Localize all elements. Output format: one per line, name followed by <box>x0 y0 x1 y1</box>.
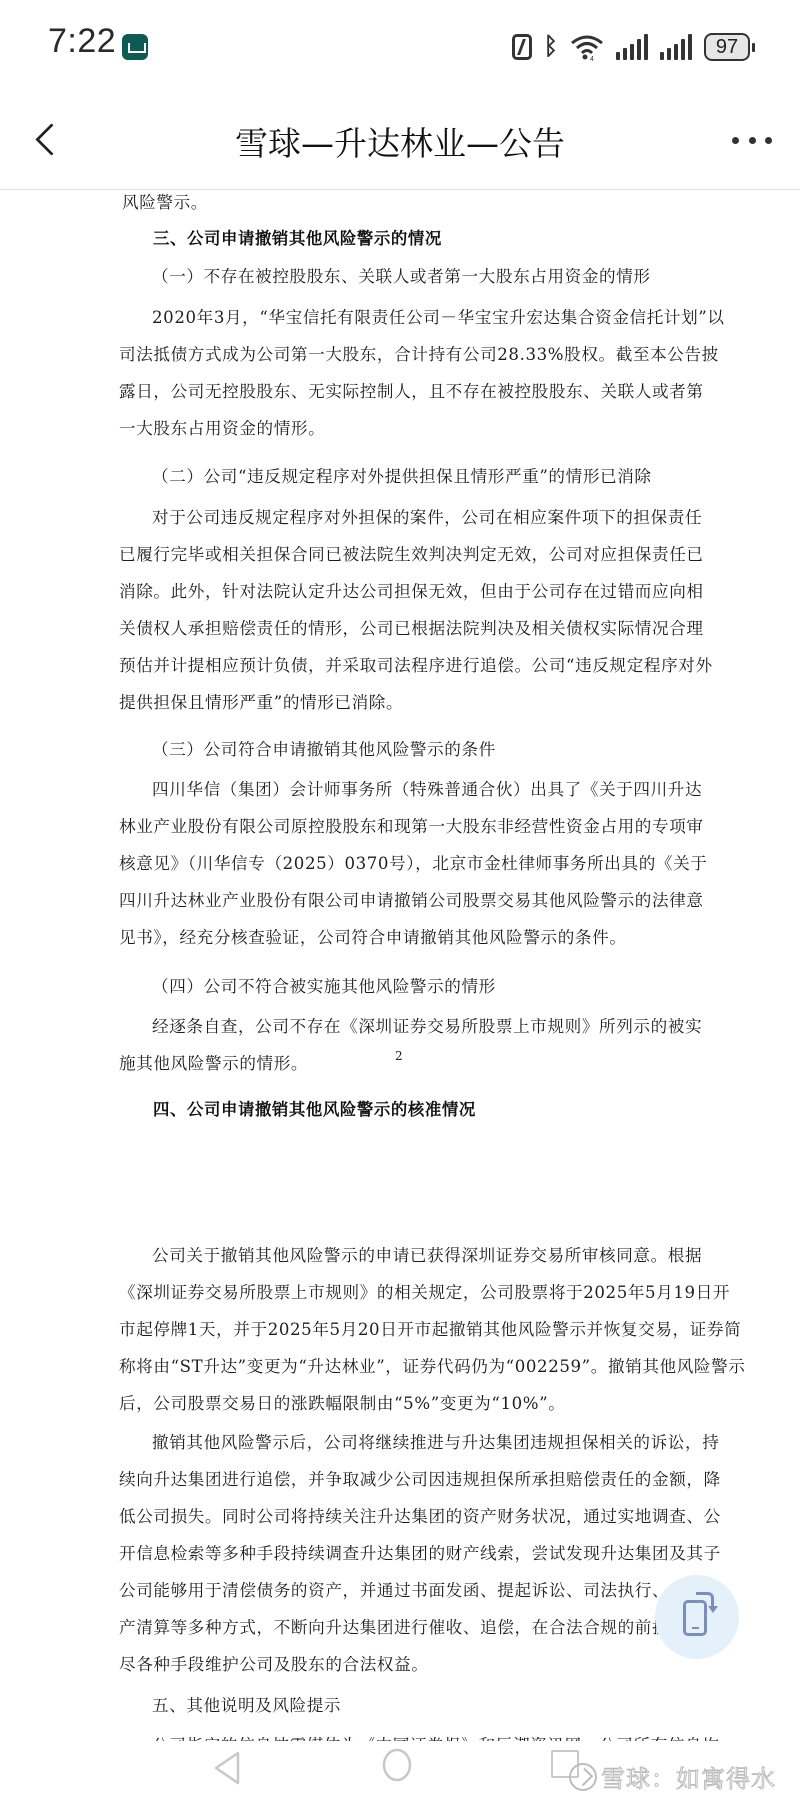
document-line: 预估并计提相应预计负债，并采取司法程序进行追偿。公司“违反规定程序对外 <box>119 652 713 676</box>
signal-icon <box>660 34 692 60</box>
app-notification-icon <box>122 34 148 60</box>
status-bar: 7:22 ᛒ 4 97 <box>0 0 800 90</box>
document-line: 风险警示。 <box>122 191 208 213</box>
document-line: 消除。此外，针对法院认定升达公司担保无效，但由于公司存在过错而应向相 <box>119 578 704 602</box>
status-time: 7:22 <box>48 22 116 61</box>
app-header: 雪球—升达林业—公告 <box>0 90 800 190</box>
document-line: 低公司损失。同时公司将持续关注升达集团的资产财务状况，通过实地调查、公 <box>119 1503 721 1527</box>
document-line: 公司关于撤销其他风险警示的申请已获得深圳证券交易所审核同意。根据 <box>152 1242 702 1266</box>
page-number: 2 <box>395 1049 403 1063</box>
document-line: 市起停牌1天，并于2025年5月20日开市起撤销其他风险警示并恢复交易，证券简 <box>119 1316 741 1340</box>
document-line: 林业产业股份有限公司原控股股东和现第一大股东非经营性资金占用的专项审 <box>119 813 704 837</box>
document-line: 已履行完毕或相关担保合同已被法院生效判决判定无效，公司对应担保责任已 <box>119 541 704 565</box>
battery-icon: 97 <box>704 33 750 61</box>
document-line: 尽各种手段维护公司及股东的合法权益。 <box>119 1651 429 1675</box>
watermark-text: 雪球：如寓得水 <box>601 1759 776 1794</box>
document-line: 四川升达林业产业股份有限公司申请撤销公司股票交易其他风险警示的法律意 <box>119 887 704 911</box>
announcement-document[interactable]: 2 风险警示。三、公司申请撤销其他风险警示的情况（一）不存在被控股股东、关联人或… <box>0 191 800 1741</box>
document-line: （二）公司“违反规定程序对外提供担保且情形严重”的情形已消除 <box>152 463 652 487</box>
document-line: 露日，公司无控股股东、无实际控制人，且不存在被控股股东、关联人或者第 <box>119 378 704 402</box>
document-line: 后，公司股票交易日的涨跌幅限制由“5%”变更为“10%”。 <box>119 1390 565 1414</box>
document-line: （四）公司不符合被实施其他风险警示的情形 <box>152 973 496 997</box>
document-line: 2020年3月，“华宝信托有限责任公司－华宝宝升宏达集合资金信托计划”以 <box>152 304 725 328</box>
document-line: （三）公司符合申请撤销其他风险警示的条件 <box>152 736 496 760</box>
document-line: 产清算等多种方式，不断向升达集团进行催收、追偿，在合法合规的前提下，穷 <box>119 1614 721 1638</box>
document-line: 公司能够用于清偿债务的资产，并通过书面发函、提起诉讼、司法执行、申请破 <box>119 1577 721 1601</box>
system-nav-bar: 雪球：如寓得水 <box>0 1741 800 1806</box>
xueqiu-logo-icon <box>569 1763 597 1791</box>
rotate-arrow-icon <box>696 1592 714 1606</box>
nfc-icon <box>512 34 532 60</box>
document-line: 关债权人承担赔偿责任的情形，公司已根据法院判决及相关债权实际情况合理 <box>119 615 704 639</box>
document-line: 核意见》（川华信专（2025）0370号），北京市金杜律师事务所出具的《关于 <box>119 850 707 874</box>
document-line: 施其他风险警示的情形。 <box>119 1050 308 1074</box>
document-line: 见书》，经充分核查验证，公司符合申请撤销其他风险警示的条件。 <box>119 924 627 948</box>
rotate-screen-button[interactable] <box>655 1575 739 1659</box>
page-title: 雪球—升达林业—公告 <box>0 118 800 165</box>
svg-text:4: 4 <box>590 56 594 61</box>
document-line: 一大股东占用资金的情形。 <box>119 415 325 439</box>
signal-icon <box>616 34 648 60</box>
document-line: 公司指定的信息披露媒体为《中国证券报》和巨潮资讯网，公司所有信息均 <box>152 1732 719 1741</box>
document-line: 撤销其他风险警示后，公司将继续推进与升达集团违规担保相关的诉讼，持 <box>152 1429 719 1453</box>
wifi-icon: 4 <box>570 33 604 61</box>
document-line: （一）不存在被控股股东、关联人或者第一大股东占用资金的情形 <box>152 263 651 287</box>
document-line: 提供担保且情形严重”的情形已消除。 <box>119 689 403 713</box>
document-line: 《深圳证券交易所股票上市规则》的相关规定，公司股票将于2025年5月19日开 <box>119 1279 730 1303</box>
nav-back-icon[interactable] <box>212 1751 242 1785</box>
document-line: 四川华信（集团）会计师事务所（特殊普通合伙）出具了《关于四川升达 <box>152 776 702 800</box>
section-heading: 四、公司申请撤销其他风险警示的核准情况 <box>153 1096 476 1120</box>
status-icons: ᛒ 4 97 <box>512 30 750 64</box>
document-line: 开信息检索等多种手段持续调查升达集团的财产线索，尝试发现升达集团及其子 <box>119 1540 721 1564</box>
more-horizontal-icon[interactable] <box>732 130 772 150</box>
document-line: 经逐条自查，公司不存在《深圳证券交易所股票上市规则》所列示的被实 <box>152 1013 702 1037</box>
document-line: 司法抵债方式成为公司第一大股东，合计持有公司28.33%股权。截至本公告披 <box>119 341 719 365</box>
document-line: 五、其他说明及风险提示 <box>152 1692 341 1716</box>
nav-home-icon[interactable] <box>380 1748 414 1782</box>
document-line: 续向升达集团进行追偿，并争取减少公司因违规担保所承担赔偿责任的金额，降 <box>119 1466 721 1490</box>
section-heading: 三、公司申请撤销其他风险警示的情况 <box>153 225 442 249</box>
bluetooth-icon: ᛒ <box>544 35 558 59</box>
watermark: 雪球：如寓得水 <box>569 1759 776 1794</box>
document-line: 对于公司违反规定程序对外担保的案件，公司在相应案件项下的担保责任 <box>152 504 702 528</box>
document-line: 称将由“ST升达”变更为“升达林业”，证券代码仍为“002259”。撤销其他风险… <box>119 1353 746 1377</box>
